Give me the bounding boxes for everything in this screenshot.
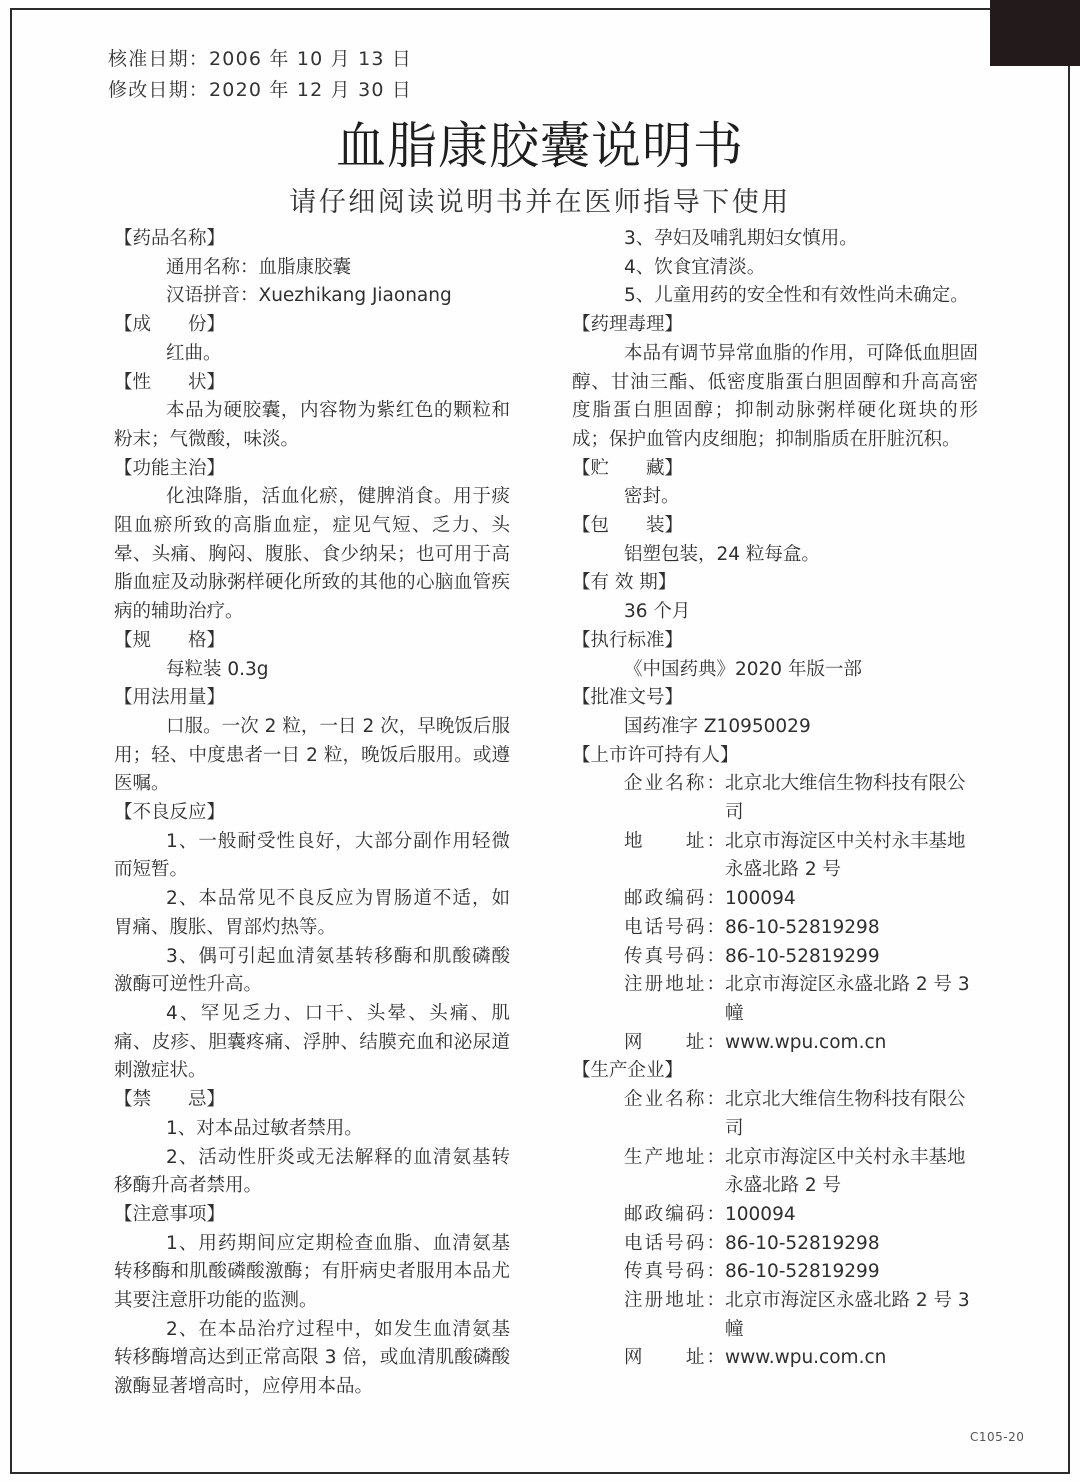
- ingredients-text: 红曲。: [114, 340, 510, 369]
- mah-phone-row: 电话号码：86-10-52819298: [572, 914, 978, 943]
- document-title: 血脂康胶囊说明书: [0, 114, 1080, 178]
- left-column: 【药品名称】 通用名称：血脂康胶囊 汉语拼音：Xuezhikang Jiaona…: [114, 225, 510, 1402]
- precaution-item: 2、在本品治疗过程中，如发生血清氨基转移酶增高达到正常高限 3 倍，或血清肌酸磷…: [114, 1316, 510, 1402]
- section-heading-pharmacology: 【药理毒理】: [572, 311, 978, 340]
- precaution-item: 5、儿童用药的安全性和有效性尚未确定。: [572, 282, 978, 311]
- mah-company-row: 企业名称：北京北大维信生物科技有限公司: [572, 770, 978, 827]
- mfr-company-row: 企业名称：北京北大维信生物科技有限公司: [572, 1086, 978, 1143]
- contraindication-item: 2、活动性肝炎或无法解释的血清氨基转移酶升高者禁用。: [114, 1144, 510, 1201]
- approval-number-text: 国药准字 Z10950029: [572, 713, 978, 742]
- mah-registered-address-row: 注册地址：北京市海淀区永盛北路 2 号 3 幢: [572, 971, 978, 1028]
- section-heading-shelf-life: 【有 效 期】: [572, 569, 978, 598]
- mfr-postcode-row: 邮政编码：100094: [572, 1201, 978, 1230]
- mfr-fax-row: 传真号码：86-10-52819299: [572, 1258, 978, 1287]
- mfr-phone-row: 电话号码：86-10-52819298: [572, 1230, 978, 1259]
- section-heading-mah: 【上市许可持有人】: [572, 742, 978, 771]
- section-heading-dosage: 【用法用量】: [114, 684, 510, 713]
- adverse-reaction-item: 2、本品常见不良反应为胃肠道不适，如胃痛、腹胀、胃部灼热等。: [114, 885, 510, 942]
- section-heading-packaging: 【包 装】: [572, 512, 978, 541]
- pharmacology-text: 本品有调节异常血脂的作用，可降低血胆固醇、甘油三酯、低密度脂蛋白胆固醇和升高高密…: [572, 340, 978, 455]
- mah-postcode-row: 邮政编码：100094: [572, 885, 978, 914]
- section-heading-drug-name: 【药品名称】: [114, 225, 510, 254]
- dates-block: 核准日期：2006 年 10 月 13 日 修改日期：2020 年 12 月 3…: [108, 44, 412, 106]
- corner-black-block: [990, 0, 1080, 66]
- section-heading-ingredients: 【成 份】: [114, 311, 510, 340]
- section-heading-contraindications: 【禁 忌】: [114, 1086, 510, 1115]
- section-heading-standard: 【执行标准】: [572, 627, 978, 656]
- specification-text: 每粒装 0.3g: [114, 656, 510, 685]
- indications-text: 化浊降脂，活血化瘀，健脾消食。用于痰阻血瘀所致的高脂血症，症见气短、乏力、头晕、…: [114, 483, 510, 627]
- section-heading-specification: 【规 格】: [114, 627, 510, 656]
- shelf-life-text: 36 个月: [572, 598, 978, 627]
- packaging-text: 铝塑包装，24 粒每盒。: [572, 541, 978, 570]
- generic-name-row: 通用名称：血脂康胶囊: [114, 254, 510, 283]
- revision-date: 修改日期：2020 年 12 月 30 日: [108, 75, 412, 106]
- section-heading-precautions: 【注意事项】: [114, 1201, 510, 1230]
- mfr-website-row: 网 址：www.wpu.com.cn: [572, 1344, 978, 1373]
- mfr-address-row: 生产地址：北京市海淀区中关村永丰基地永盛北路 2 号: [572, 1144, 978, 1201]
- contraindication-item: 1、对本品过敏者禁用。: [114, 1115, 510, 1144]
- document-code: C105-20: [970, 1430, 1024, 1444]
- description-text: 本品为硬胶囊，内容物为紫红色的颗粒和粉末；气微酸，味淡。: [114, 397, 510, 454]
- precaution-item: 1、用药期间应定期检查血脂、血清氨基转移酶和肌酸磷酸激酶；有肝病史者服用本品尤其…: [114, 1230, 510, 1316]
- document-subtitle: 请仔细阅读说明书并在医师指导下使用: [0, 184, 1080, 222]
- section-heading-indications: 【功能主治】: [114, 455, 510, 484]
- standard-text: 《中国药典》2020 年版一部: [572, 656, 978, 685]
- mah-fax-row: 传真号码：86-10-52819299: [572, 943, 978, 972]
- section-heading-adverse-reactions: 【不良反应】: [114, 799, 510, 828]
- mfr-registered-address-row: 注册地址：北京市海淀区永盛北路 2 号 3 幢: [572, 1287, 978, 1344]
- dosage-text: 口服。一次 2 粒，一日 2 次，早晚饭后服用；轻、中度患者一日 2 粒，晚饭后…: [114, 713, 510, 799]
- adverse-reaction-item: 1、一般耐受性良好，大部分副作用轻微而短暂。: [114, 828, 510, 885]
- precaution-item: 4、饮食宜清淡。: [572, 254, 978, 283]
- pinyin-row: 汉语拼音：Xuezhikang Jiaonang: [114, 282, 510, 311]
- right-column: 3、孕妇及哺乳期妇女慎用。 4、饮食宜清淡。 5、儿童用药的安全性和有效性尚未确…: [572, 225, 978, 1373]
- precaution-item: 3、孕妇及哺乳期妇女慎用。: [572, 225, 978, 254]
- section-heading-manufacturer: 【生产企业】: [572, 1057, 978, 1086]
- adverse-reaction-item: 4、罕见乏力、口干、头晕、头痛、肌痛、皮疹、胆囊疼痛、浮肿、结膜充血和泌尿道刺激…: [114, 1000, 510, 1086]
- mah-website-row: 网 址：www.wpu.com.cn: [572, 1029, 978, 1058]
- section-heading-approval-number: 【批准文号】: [572, 684, 978, 713]
- section-heading-description: 【性 状】: [114, 369, 510, 398]
- storage-text: 密封。: [572, 483, 978, 512]
- adverse-reaction-item: 3、偶可引起血清氨基转移酶和肌酸磷酸激酶可逆性升高。: [114, 943, 510, 1000]
- approval-date: 核准日期：2006 年 10 月 13 日: [108, 44, 412, 75]
- section-heading-storage: 【贮 藏】: [572, 455, 978, 484]
- mah-address-row: 地 址：北京市海淀区中关村永丰基地永盛北路 2 号: [572, 828, 978, 885]
